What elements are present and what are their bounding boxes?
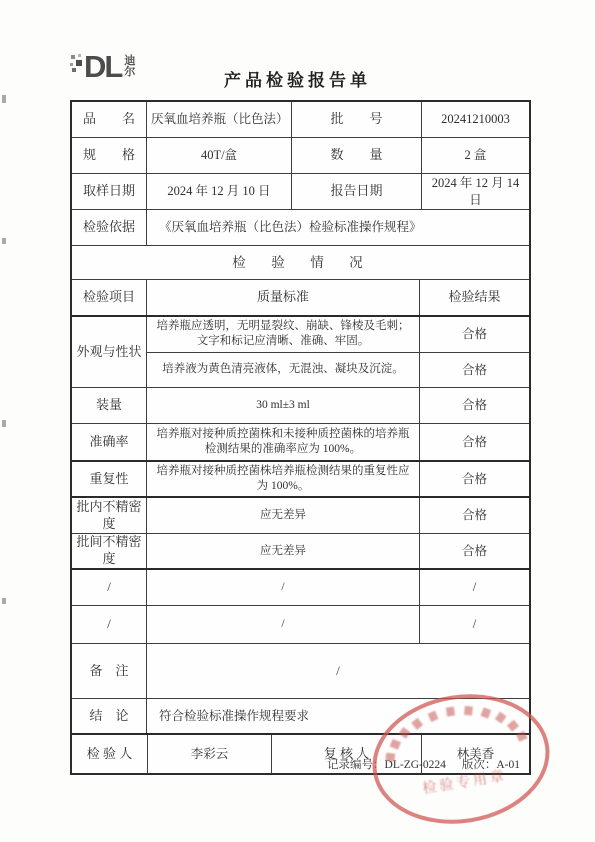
remark-row: 备 注 / (72, 644, 529, 699)
table-row: 批间不精密度 应无差异 合格 (72, 534, 529, 570)
col-item-header: 检验项目 (72, 280, 147, 315)
result-value: 合格 (420, 317, 529, 352)
sample-date-label: 取样日期 (72, 174, 147, 209)
item-label: 准确率 (72, 424, 147, 460)
table-row: 检验依据 《厌氧血培养瓶（比色法）检验标准操作规程》 (72, 210, 529, 246)
spec-label: 规 格 (72, 138, 147, 173)
result-value: 合格 (420, 534, 529, 568)
table-row: 品 名 厌氧血培养瓶（比色法） 批 号 20241210003 (72, 102, 529, 138)
quantity-label: 数 量 (292, 138, 422, 173)
standard-text: / (147, 606, 420, 643)
table-row: 培养液为黄色清亮液体，无混浊、凝块及沉淀。 合格 (147, 353, 529, 388)
table-row: 重复性 培养瓶对接种质控菌株培养瓶检测结果的重复性应为 100%。 合格 (72, 462, 529, 498)
item-label: 装量 (72, 388, 147, 423)
basis-value: 《厌氧血培养瓶（比色法）检验标准操作规程》 (147, 210, 529, 245)
batch-value: 20241210003 (422, 102, 529, 137)
standard-text: 30 ml±3 ml (147, 388, 420, 423)
quantity-value: 2 盒 (422, 138, 529, 173)
section-header-row: 检 验 情 况 (72, 246, 529, 280)
scan-artifact (2, 420, 6, 427)
product-name-label: 品 名 (72, 102, 147, 137)
result-value: 合格 (420, 462, 529, 496)
column-header-row: 检验项目 质量标准 检验结果 (72, 280, 529, 317)
standard-text: 应无差异 (147, 498, 420, 533)
item-label: / (72, 606, 147, 643)
table-row: 准确率 培养瓶对接种质控菌株和未接种质控菌株的培养瓶检测结果的准确率应为 100… (72, 424, 529, 462)
report-date-label: 报告日期 (292, 174, 422, 209)
result-value: / (420, 606, 529, 643)
conclusion-row: 结 论 符合检验标准操作规程要求 (72, 699, 529, 735)
table-row: / / / (72, 606, 529, 644)
table-row: 取样日期 2024 年 12 月 10 日 报告日期 2024 年 12 月 1… (72, 174, 529, 210)
result-value: 合格 (420, 353, 529, 388)
version-number: 版次：A-01 (462, 756, 520, 772)
report-date-value: 2024 年 12 月 14 日 (422, 174, 529, 209)
conclusion-value: 符合检验标准操作规程要求 (147, 699, 529, 733)
item-label: / (72, 570, 147, 605)
item-label: 批间不精密度 (72, 534, 147, 568)
sample-date-value: 2024 年 12 月 10 日 (147, 174, 292, 209)
page-title: 产品检验报告单 (0, 66, 595, 91)
scan-artifact (2, 95, 6, 103)
remark-label: 备 注 (72, 644, 147, 698)
section-title: 检 验 情 况 (72, 246, 529, 279)
table-row: 培养瓶应透明，无明显裂纹、崩缺、锋棱及毛刺；文字和标记应清晰、准确、牢固。 合格 (147, 317, 529, 353)
table-row: 规 格 40T/盒 数 量 2 盒 (72, 138, 529, 174)
item-label: 批内不精密度 (72, 498, 147, 533)
scan-artifact (2, 238, 6, 244)
batch-label: 批 号 (292, 102, 422, 137)
appearance-group-row: 外观与性状 培养瓶应透明，无明显裂纹、崩缺、锋棱及毛刺；文字和标记应清晰、准确、… (72, 317, 529, 388)
report-table: 品 名 厌氧血培养瓶（比色法） 批 号 20241210003 规 格 40T/… (70, 100, 531, 775)
standard-text: 培养瓶应透明，无明显裂纹、崩缺、锋棱及毛刺；文字和标记应清晰、准确、牢固。 (147, 317, 420, 352)
record-footer: 记录编号：DL-ZG-0224 版次：A-01 (0, 756, 520, 772)
result-value: / (420, 570, 529, 605)
standard-text: 培养液为黄色清亮液体，无混浊、凝块及沉淀。 (147, 353, 420, 388)
result-value: 合格 (420, 424, 529, 460)
remark-value: / (147, 644, 529, 698)
product-name-value: 厌氧血培养瓶（比色法） (147, 102, 292, 137)
table-row: 批内不精密度 应无差异 合格 (72, 498, 529, 534)
scan-artifact (2, 598, 6, 604)
result-value: 合格 (420, 498, 529, 533)
col-standard-header: 质量标准 (147, 280, 420, 315)
standard-text: / (147, 570, 420, 605)
result-value: 合格 (420, 388, 529, 423)
col-result-header: 检验结果 (420, 280, 529, 315)
table-row: 装量 30 ml±3 ml 合格 (72, 388, 529, 424)
standard-text: 应无差异 (147, 534, 420, 568)
appearance-label: 外观与性状 (72, 317, 147, 387)
table-row: / / / (72, 570, 529, 606)
standard-text: 培养瓶对接种质控菌株培养瓶检测结果的重复性应为 100%。 (147, 462, 420, 496)
spec-value: 40T/盒 (147, 138, 292, 173)
basis-label: 检验依据 (72, 210, 147, 245)
item-label: 重复性 (72, 462, 147, 496)
standard-text: 培养瓶对接种质控菌株和未接种质控菌株的培养瓶检测结果的准确率应为 100%。 (147, 424, 420, 460)
conclusion-label: 结 论 (72, 699, 147, 733)
record-number: 记录编号：DL-ZG-0224 (327, 756, 446, 772)
